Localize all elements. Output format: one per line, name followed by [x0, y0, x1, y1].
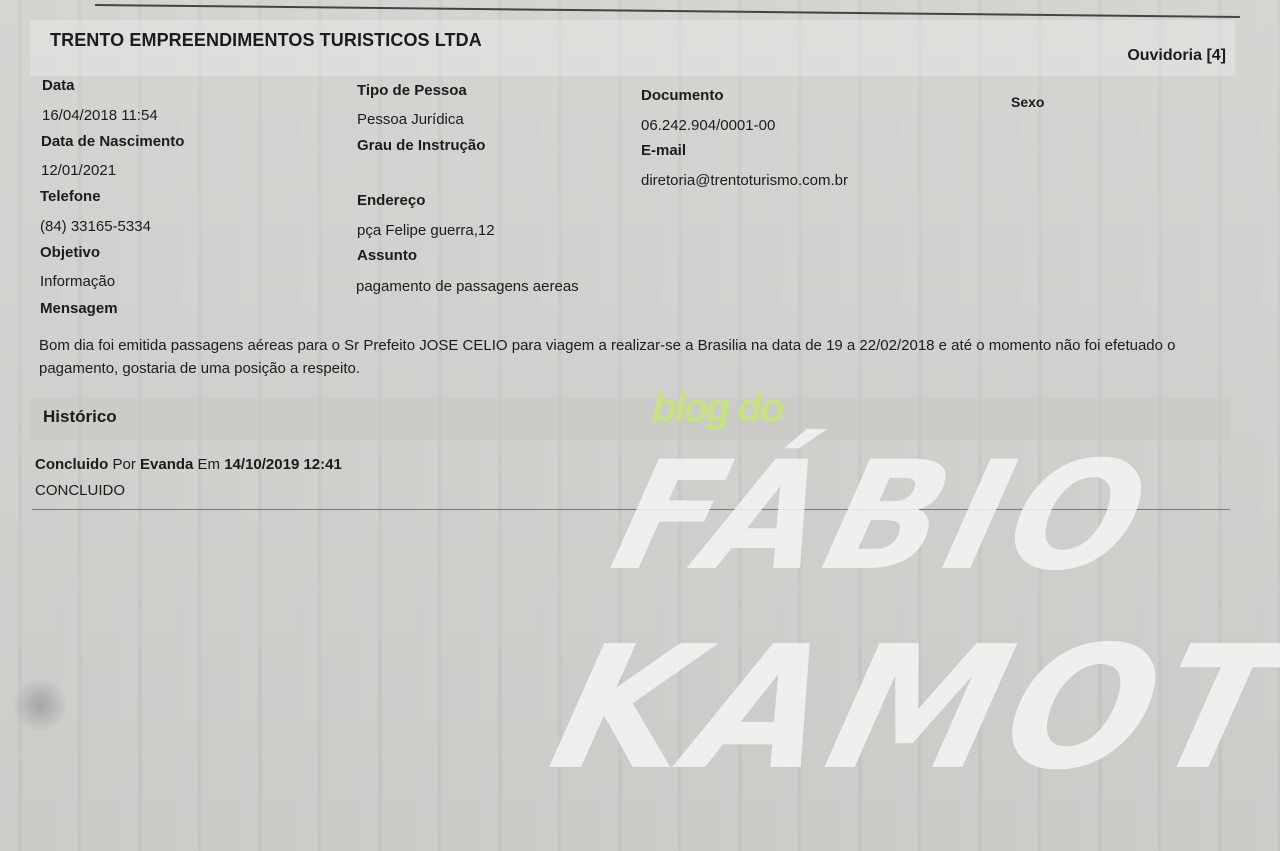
value-data-nascimento: 12/01/2021: [41, 162, 116, 179]
historico-note: CONCLUIDO: [35, 482, 125, 499]
label-mensagem: Mensagem: [40, 300, 118, 317]
value-objetivo: Informação: [40, 273, 115, 290]
value-email: diretoria@trentoturismo.com.br: [641, 172, 848, 189]
label-data-nascimento: Data de Nascimento: [41, 133, 184, 150]
value-tipo-pessoa: Pessoa Jurídica: [357, 111, 464, 128]
historico-em-label: Em: [198, 456, 221, 473]
historico-status: Concluido: [35, 456, 108, 473]
module-label: Ouvidoria [4]: [1127, 47, 1226, 65]
watermark-name-line2: KAMOTO: [535, 610, 1280, 808]
value-documento: 06.242.904/0001-00: [641, 117, 775, 134]
historico-entry: Concluido Por Evanda Em 14/10/2019 12:41: [35, 456, 342, 473]
historico-title: Histórico: [43, 407, 117, 427]
watermark-blog-do: blog do: [652, 386, 782, 431]
watermark-name-line1: FÁBIO: [598, 430, 1168, 604]
label-tipo-pessoa: Tipo de Pessoa: [357, 82, 467, 99]
company-name: TRENTO EMPREENDIMENTOS TURISTICOS LTDA: [50, 30, 482, 51]
historico-datetime: 14/10/2019 12:41: [224, 456, 342, 473]
label-email: E-mail: [641, 142, 686, 159]
label-assunto: Assunto: [357, 247, 417, 264]
historico-user: Evanda: [140, 456, 193, 473]
label-objetivo: Objetivo: [40, 244, 100, 261]
label-sexo: Sexo: [1011, 94, 1044, 110]
historico-por-label: Por: [113, 456, 136, 473]
label-telefone: Telefone: [40, 188, 101, 205]
value-endereco: pça Felipe guerra,12: [357, 222, 495, 239]
message-text: Bom dia foi emitida passagens aéreas par…: [39, 334, 1229, 380]
value-assunto: pagamento de passagens aereas: [356, 278, 579, 295]
top-divider: [95, 4, 1240, 18]
paper-smudge: [10, 680, 70, 730]
label-endereco: Endereço: [357, 192, 425, 209]
label-documento: Documento: [641, 87, 724, 104]
value-data: 16/04/2018 11:54: [42, 107, 158, 124]
label-grau-instrucao: Grau de Instrução: [357, 137, 485, 154]
label-data: Data: [42, 77, 75, 94]
value-telefone: (84) 33165-5334: [40, 218, 151, 235]
